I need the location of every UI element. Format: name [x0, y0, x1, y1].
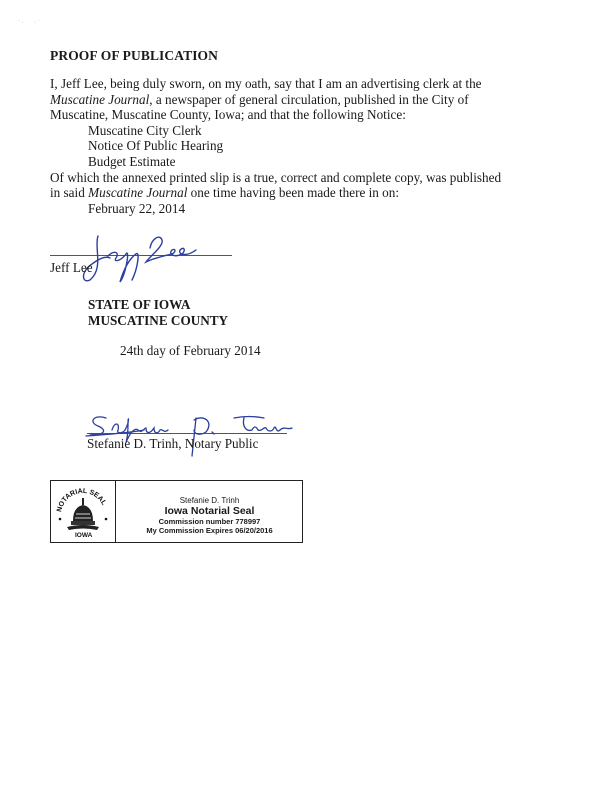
notice-item: Budget Estimate: [50, 154, 501, 170]
seal-title: Iowa Notarial Seal: [117, 506, 302, 517]
seal-text-block: Stefanie D. Trinh Iowa Notarial Seal Com…: [117, 481, 302, 542]
venue-state: STATE OF IOWA: [88, 297, 190, 313]
newspaper-name: Muscatine Journal: [50, 92, 149, 107]
affidavit-paragraph: I, Jeff Lee, being duly sworn, on my oat…: [50, 76, 501, 216]
affiant-printed-name: Jeff Lee: [50, 260, 93, 276]
capitol-dome-icon: NOTARIAL SEAL IOWA: [51, 481, 115, 541]
notarial-seal-stamp: NOTARIAL SEAL IOWA Stefanie D. Trinh Iow…: [50, 480, 303, 543]
paragraph-line: Muscatine, Muscatine County, Iowa; and t…: [50, 107, 501, 123]
notice-item: Muscatine City Clerk: [50, 123, 501, 139]
scan-artifact: ˙ · · ˙: [18, 20, 40, 26]
newspaper-name: Muscatine Journal: [88, 185, 187, 200]
paragraph-line: Muscatine Journal, a newspaper of genera…: [50, 92, 501, 108]
paragraph-line: in said Muscatine Journal one time havin…: [50, 185, 501, 201]
seal-emblem: NOTARIAL SEAL IOWA: [51, 481, 116, 542]
seal-commission-expiry: My Commission Expires 06/20/2016: [117, 526, 302, 535]
notary-printed-name: Stefanie D. Trinh, Notary Public: [87, 436, 258, 452]
svg-text:IOWA: IOWA: [75, 532, 93, 539]
seal-commission-number: Commission number 778997: [117, 517, 302, 526]
sworn-date: 24th day of February 2014: [120, 343, 261, 359]
venue-county: MUSCATINE COUNTY: [88, 313, 228, 329]
paragraph-line: I, Jeff Lee, being duly sworn, on my oat…: [50, 76, 501, 92]
publication-date: February 22, 2014: [50, 201, 501, 217]
affiant-signature: [80, 228, 220, 288]
notice-item: Notice Of Public Hearing: [50, 138, 501, 154]
document-title: PROOF OF PUBLICATION: [50, 48, 218, 64]
paragraph-line: Of which the annexed printed slip is a t…: [50, 170, 501, 186]
